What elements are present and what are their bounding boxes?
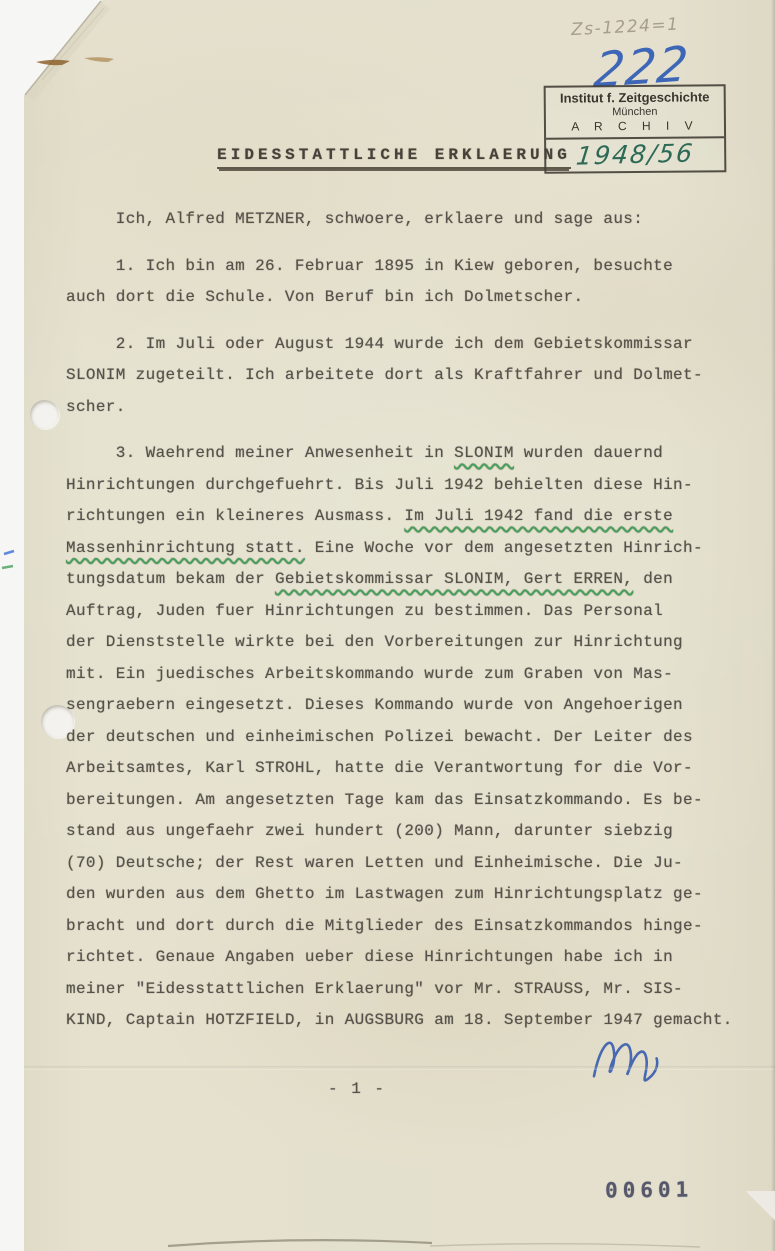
text-line: tungsdatum bekam der Gebietskommissar SL… — [66, 564, 756, 596]
document-title: EIDESSTATTLICHE ERKLAERUNG — [24, 146, 764, 164]
text-line: meiner "Eidesstattlichen Erklaerung" vor… — [66, 974, 756, 1006]
scan-edge-shadow — [771, 0, 775, 1251]
paragraph: Ich, Alfred METZNER, schwoere, erklaere … — [66, 204, 756, 236]
text-line: Ich, Alfred METZNER, schwoere, erklaere … — [66, 204, 756, 236]
stamp-city-line: München — [548, 105, 722, 119]
text-line: Arbeitsamtes, Karl STROHL, hatte die Ver… — [66, 753, 756, 785]
text-line: den wurden aus dem Ghetto im Lastwagen z… — [66, 879, 756, 911]
page-number-footer: - 1 - — [322, 1080, 392, 1098]
bottom-right-corner — [733, 1191, 775, 1251]
paragraph: 3. Waehrend meiner Anwesenheit in SLONIM… — [66, 438, 756, 1037]
stamp-archiv-line: A R C H I V — [548, 118, 722, 134]
text-line: auch dort die Schule. Von Beruf bin ich … — [66, 282, 756, 314]
text-line: richtungen ein kleineres Ausmass. Im Jul… — [66, 501, 756, 533]
text-line: 3. Waehrend meiner Anwesenheit in SLONIM… — [66, 438, 756, 470]
text-line: bracht und dort durch die Mitglieder des… — [66, 911, 756, 943]
text-line: bereitungen. Am angesetzten Tage kam das… — [66, 785, 756, 817]
text-line: Hinrichtungen durchgefuehrt. Bis Juli 19… — [66, 470, 756, 502]
text-line: sengraebern eingesetzt. Dieses Kommando … — [66, 690, 756, 722]
green-tick — [2, 566, 13, 568]
text-line: 2. Im Juli oder August 1944 wurde ich de… — [66, 329, 756, 361]
text-line: SLONIM zugeteilt. Ich arbeitete dort als… — [66, 360, 756, 392]
text-line: stand aus ungefaehr zwei hundert (200) M… — [66, 816, 756, 848]
text-line: Auftrag, Juden fuer Hinrichtungen zu bes… — [66, 596, 756, 628]
blue-tick — [4, 551, 14, 554]
horizontal-crease — [24, 1066, 775, 1070]
typed-text: Ich, Alfred METZNER, schwoere, erklaere … — [66, 204, 756, 1037]
text-line: 1. Ich bin am 26. Februar 1895 in Kiew g… — [66, 251, 756, 283]
text-line: mit. Ein juedisches Arbeitskommando wurd… — [66, 659, 756, 691]
text-line: der deutschen und einheimischen Polizei … — [66, 722, 756, 754]
text-line: Massenhinrichtung statt. Eine Woche vor … — [66, 533, 756, 565]
archive-stamp-box: Institut f. Zeitgeschichte München A R C… — [546, 86, 724, 140]
paragraph: 1. Ich bin am 26. Februar 1895 in Kiew g… — [66, 251, 756, 314]
text-line: richtet. Genaue Angaben ueber diese Hinr… — [66, 942, 756, 974]
paragraph: 2. Im Juli oder August 1944 wurde ich de… — [66, 329, 756, 424]
text-line: KIND, Captain HOTZFIELD, in AUGSBURG am … — [66, 1005, 756, 1037]
stamp-institute-line: Institut f. Zeitgeschichte — [548, 89, 722, 106]
text-line: der Dienststelle wirkte bei den Vorberei… — [66, 627, 756, 659]
punch-hole-top — [30, 400, 59, 429]
text-line: (70) Deutsche; der Rest waren Letten und… — [66, 848, 756, 880]
text-line: scher. — [66, 392, 756, 424]
serial-number-stamp: 00601 — [605, 1178, 693, 1203]
